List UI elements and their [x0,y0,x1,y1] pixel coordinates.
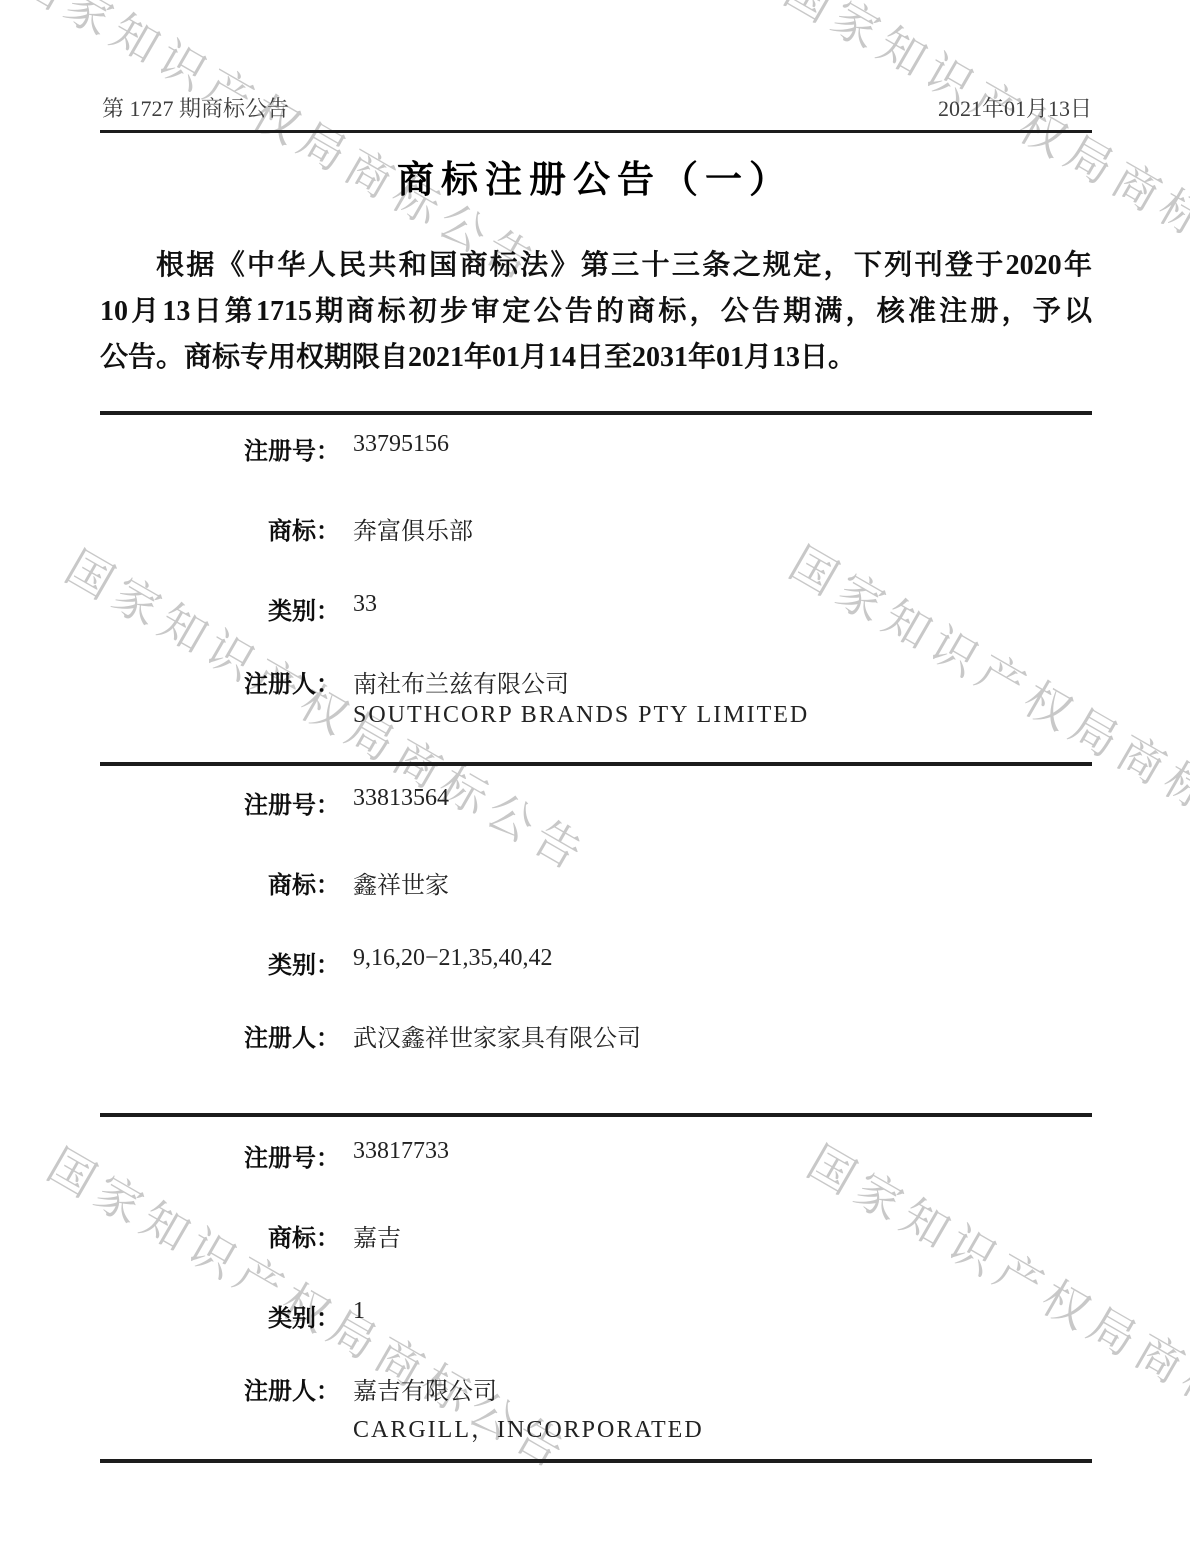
field-label-trademark: 商标： [170,511,340,546]
field-registrant-en: CARGILL，INCORPORATED [0,1409,1190,1443]
document-page: 国家知识产权局商标公告 国家知识产权局商标公告 国家知识产权局商标公告 国家知识… [0,0,1190,1564]
document-content: 第 1727 期商标公告 2021年01月13日 商标注册公告（一） 根据《中华… [0,0,1190,1564]
section-divider [100,1459,1092,1463]
field-label-class: 类别： [170,945,340,980]
field-reg-no: 注册号： 33795156 [0,431,1190,465]
trademark-entry: 注册号： 33817733 商标： 嘉吉 类别： 1 注册人： 嘉吉有限公司 C… [0,1138,1190,1448]
intro-line-3: 公告。商标专用权期限自2021年01月14日至2031年01月13日。 [100,335,1092,381]
field-value-class: 1 [353,1298,365,1325]
trademark-entry: 注册号： 33813564 商标： 鑫祥世家 类别： 9,16,20−21,35… [0,785,1190,1095]
field-label-reg-no: 注册号： [170,1138,340,1173]
intro-paragraph: 根据《中华人民共和国商标法》第三十三条之规定，下列刊登于2020年 10月13日… [100,243,1092,381]
field-label-class: 类别： [170,591,340,626]
field-value-trademark: 奔富俱乐部 [353,511,473,546]
field-label-registrant: 注册人： [170,1018,340,1053]
field-label-registrant: 注册人： [170,1371,340,1406]
field-label-class: 类别： [170,1298,340,1333]
field-trademark: 商标： 嘉吉 [0,1218,1190,1252]
section-divider [100,1113,1092,1117]
intro-line-1: 根据《中华人民共和国商标法》第三十三条之规定，下列刊登于2020年 [100,243,1092,289]
page-title: 商标注册公告（一） [0,149,1190,203]
field-value-registrant: 南社布兰兹有限公司 [353,664,569,699]
field-label-registrant: 注册人： [170,664,340,699]
field-class: 类别： 33 [0,591,1190,625]
field-registrant: 注册人： 嘉吉有限公司 [0,1371,1190,1405]
gazette-date: 2021年01月13日 [938,92,1092,123]
field-value-reg-no: 33795156 [353,431,449,458]
field-class: 类别： 9,16,20−21,35,40,42 [0,945,1190,979]
field-label-trademark: 商标： [170,865,340,900]
field-label-reg-no: 注册号： [170,431,340,466]
field-reg-no: 注册号： 33813564 [0,785,1190,819]
field-value-trademark: 嘉吉 [353,1218,401,1253]
field-label-trademark: 商标： [170,1218,340,1253]
field-value-reg-no: 33813564 [353,785,449,812]
field-value-reg-no: 33817733 [353,1138,449,1165]
field-value-class: 33 [353,591,377,618]
header-rule [100,130,1092,133]
field-value-registrant-en: CARGILL，INCORPORATED [353,1409,704,1444]
section-divider [100,762,1092,766]
field-value-registrant: 武汉鑫祥世家家具有限公司 [353,1018,641,1053]
section-divider [100,411,1092,415]
field-registrant: 注册人： 武汉鑫祥世家家具有限公司 [0,1018,1190,1052]
field-value-registrant-en: SOUTHCORP BRANDS PTY LIMITED [353,702,809,729]
field-reg-no: 注册号： 33817733 [0,1138,1190,1172]
field-value-registrant: 嘉吉有限公司 [353,1371,497,1406]
field-registrant: 注册人： 南社布兰兹有限公司 [0,664,1190,698]
field-label-reg-no: 注册号： [170,785,340,820]
gazette-issue-number: 第 1727 期商标公告 [102,92,289,123]
field-trademark: 商标： 奔富俱乐部 [0,511,1190,545]
field-class: 类别： 1 [0,1298,1190,1332]
trademark-entry: 注册号： 33795156 商标： 奔富俱乐部 类别： 33 注册人： 南社布兰… [0,431,1190,741]
field-registrant-en: SOUTHCORP BRANDS PTY LIMITED [0,702,1190,736]
field-value-class: 9,16,20−21,35,40,42 [353,945,553,972]
field-trademark: 商标： 鑫祥世家 [0,865,1190,899]
field-value-trademark: 鑫祥世家 [353,865,449,900]
intro-line-2: 10月13日第1715期商标初步审定公告的商标，公告期满，核准注册，予以 [100,289,1092,335]
